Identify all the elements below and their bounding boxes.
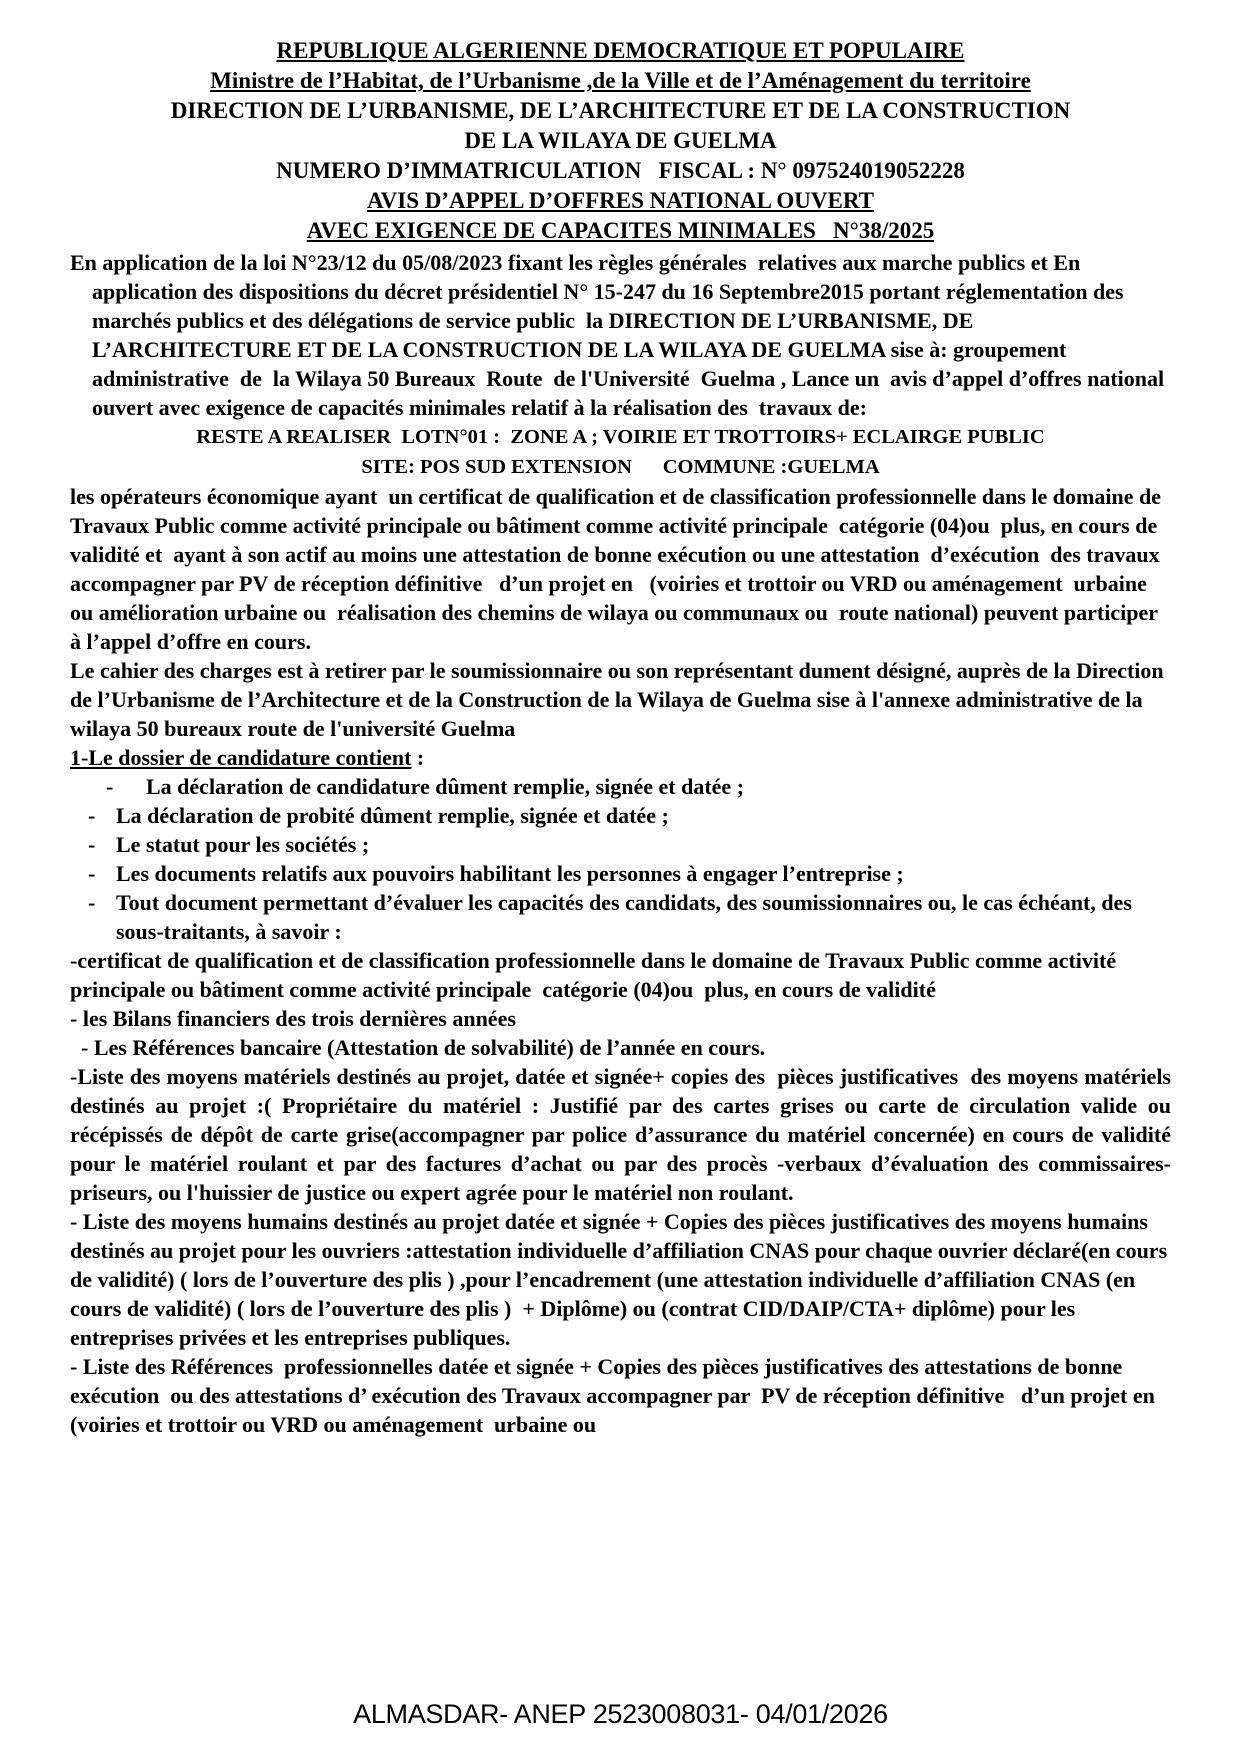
paragraph: les opérateurs économique ayant un certi… [70, 482, 1171, 656]
document-header: REPUBLIQUE ALGERIENNE DEMOCRATIQUE ET PO… [70, 36, 1171, 246]
document-page: REPUBLIQUE ALGERIENNE DEMOCRATIQUE ET PO… [0, 0, 1241, 1754]
paragraph: - Liste des moyens humains destinés au p… [70, 1207, 1171, 1352]
list-item-text: Tout document permettant d’évaluer les c… [116, 890, 1137, 944]
list-item: -Le statut pour les sociétés ; [70, 830, 1171, 859]
list-item-text: La déclaration de candidature dûment rem… [146, 774, 744, 799]
publication-reference-footer: ALMASDAR- ANEP 2523008031- 04/01/2026 [0, 1699, 1241, 1730]
header-line: Ministre de l’Habitat, de l’Urbanisme ,d… [70, 66, 1171, 96]
list-dash-marker: - [106, 772, 113, 801]
paragraph: -certificat de qualification et de class… [70, 946, 1171, 1004]
paragraph: - les Bilans financiers des trois derniè… [70, 1004, 1171, 1033]
list-item-text: Le statut pour les sociétés ; [116, 832, 369, 857]
list-item: -Tout document permettant d’évaluer les … [70, 888, 1171, 946]
list-dash-marker: - [88, 859, 95, 888]
section-heading-suffix: : [411, 745, 424, 770]
list-item-text: Les documents relatifs aux pouvoirs habi… [116, 861, 904, 886]
list-item-text: La déclaration de probité dûment remplie… [116, 803, 669, 828]
header-line: AVIS D’APPEL D’OFFRES NATIONAL OUVERT [70, 186, 1171, 216]
list-item: -La déclaration de probité dûment rempli… [70, 801, 1171, 830]
centered-subject-line: SITE: POS SUD EXTENSION COMMUNE :GUELMA [70, 452, 1171, 482]
section-heading: 1-Le dossier de candidature contient : [70, 743, 1171, 772]
paragraph: - Les Références bancaire (Attestation d… [70, 1033, 1171, 1062]
paragraph: - Liste des Références professionnelles … [70, 1352, 1171, 1439]
list-dash-marker: - [88, 830, 95, 859]
list-item: -La déclaration de candidature dûment re… [70, 772, 1171, 801]
header-line: AVEC EXIGENCE DE CAPACITES MINIMALES N°3… [70, 216, 1171, 246]
paragraph: Le cahier des charges est à retirer par … [70, 656, 1171, 743]
document-body: En application de la loi N°23/12 du 05/0… [70, 248, 1171, 1439]
section-heading-text: 1-Le dossier de candidature contient [70, 745, 411, 770]
header-line: REPUBLIQUE ALGERIENNE DEMOCRATIQUE ET PO… [70, 36, 1171, 66]
centered-subject-line: RESTE A REALISER LOTN°01 : ZONE A ; VOIR… [70, 422, 1171, 452]
list-dash-marker: - [88, 801, 95, 830]
list-item: -Les documents relatifs aux pouvoirs hab… [70, 859, 1171, 888]
header-line: DE LA WILAYA DE GUELMA [70, 126, 1171, 156]
header-line: NUMERO D’IMMATRICULATION FISCAL : N° 097… [70, 156, 1171, 186]
paragraph: En application de la loi N°23/12 du 05/0… [70, 248, 1171, 422]
paragraph: -Liste des moyens matériels destinés au … [70, 1062, 1171, 1207]
header-line: DIRECTION DE L’URBANISME, DE L’ARCHITECT… [70, 96, 1171, 126]
list-dash-marker: - [88, 888, 95, 917]
